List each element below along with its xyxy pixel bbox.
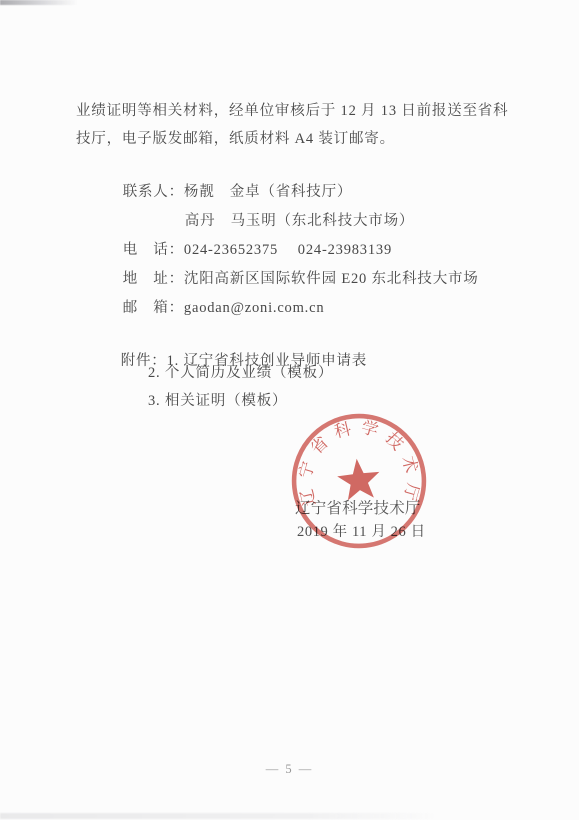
scanned-document-page: 业绩证明等相关材料，经单位审核后于 12 月 13 日前报送至省科 技厅，电子版…	[0, 0, 579, 820]
attachment-item-2: 2. 个人简历及业绩（模板）	[148, 365, 333, 381]
official-seal: 辽宁省科学技术厅	[281, 403, 437, 559]
body-paragraph-line-2: 技厅，电子版发邮箱，纸质材料 A4 装订邮寄。	[76, 131, 546, 147]
page-number: — 5 —	[0, 762, 579, 777]
red-star-icon	[336, 457, 382, 502]
contact-email-value: gaodan@zoni.com.cn	[184, 300, 325, 316]
contact-email-label: 邮 箱：	[123, 300, 184, 316]
contact-email-line: 邮 箱：gaodan@zoni.com.cn	[105, 284, 324, 332]
scan-artifact-top-edge	[0, 0, 78, 5]
attachment-item-3: 3. 相关证明（模板）	[148, 393, 287, 409]
body-paragraph-line-1: 业绩证明等相关材料，经单位审核后于 12 月 13 日前报送至省科	[76, 103, 546, 119]
scan-artifact-bottom-edge	[0, 813, 440, 819]
